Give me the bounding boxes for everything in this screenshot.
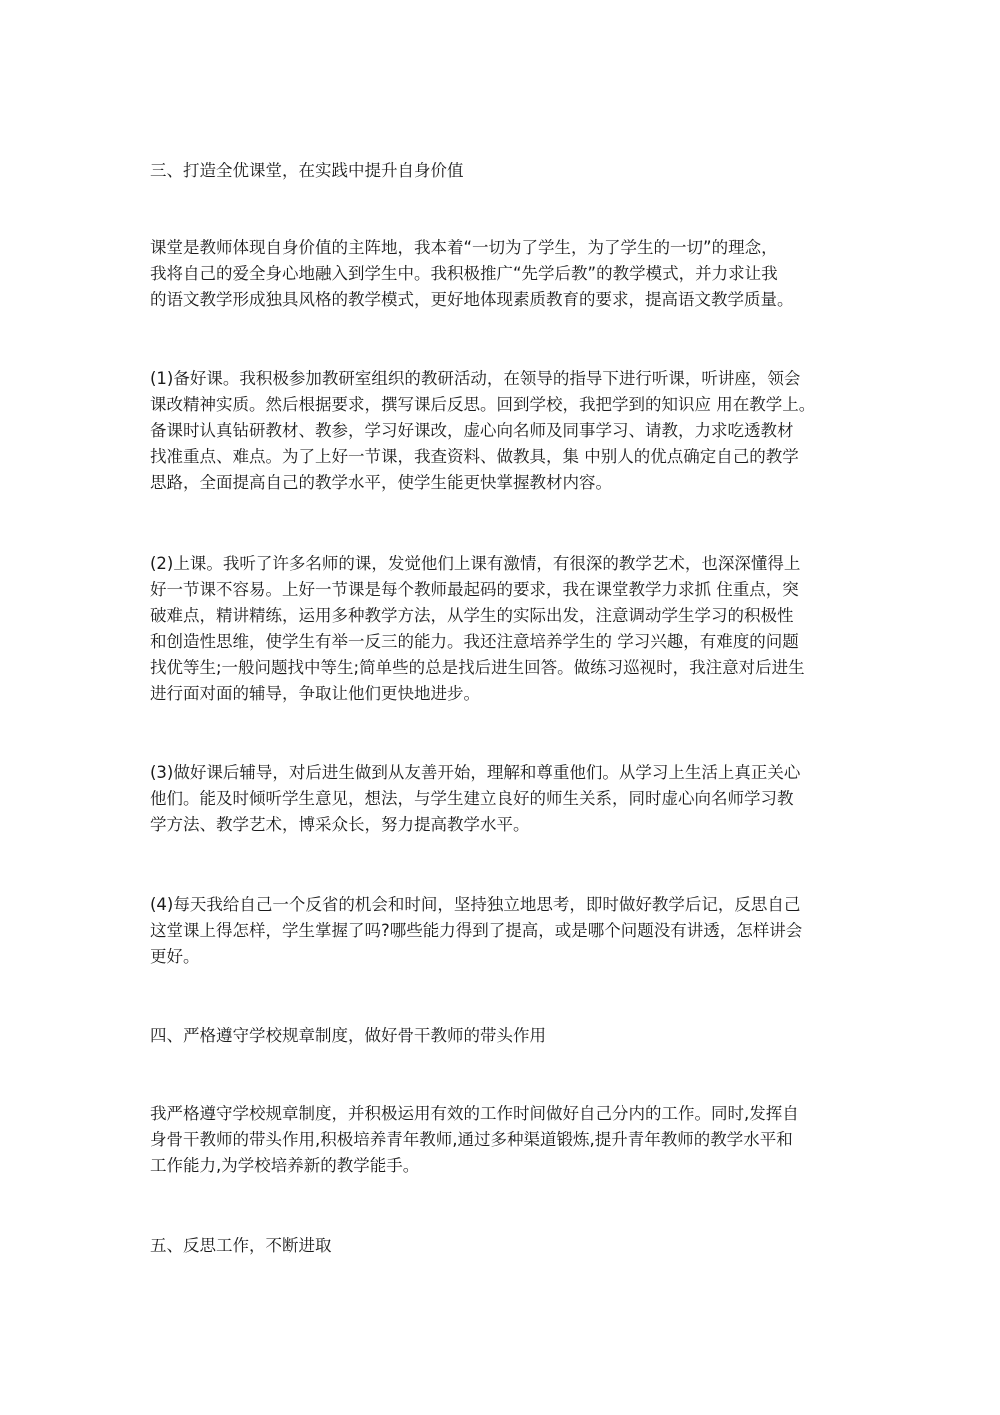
text-line: 我严格遵守学校规章制度，并积极运用有效的工作时间做好自己分内的工作。同时,发挥自 [150, 1101, 870, 1127]
text-line: 思路，全面提高自己的教学水平，使学生能更快掌握教材内容。 [150, 470, 870, 496]
paragraph: (1)备好课。我积极参加教研室组织的教研活动，在领导的指导下进行听课，听讲座，领… [150, 366, 870, 496]
text-line: 破难点，精讲精练，运用多种教学方法，从学生的实际出发，注意调动学生学习的积极性 [150, 603, 870, 629]
text-line: (4)每天我给自己一个反省的机会和时间，坚持独立地思考，即时做好教学后记，反思自… [150, 892, 870, 918]
text-line: 课改精神实质。然后根据要求，撰写课后反思。回到学校，我把学到的知识应 用在教学上… [150, 392, 870, 418]
text-line: 学方法、教学艺术，博采众长，努力提高教学水平。 [150, 812, 870, 838]
text-line: 课堂是教师体现自身价值的主阵地，我本着“一切为了学生，为了学生的一切”的理念， [150, 235, 870, 261]
text-line: 和创造性思维，使学生有举一反三的能力。我还注意培养学生的 学习兴趣，有难度的问题 [150, 629, 870, 655]
text-line: 进行面对面的辅导，争取让他们更快地进步。 [150, 681, 870, 707]
text-line: 身骨干教师的带头作用,积极培养青年教师,通过多种渠道锻炼,提升青年教师的教学水平… [150, 1127, 870, 1153]
text-line: (2)上课。我听了许多名师的课，发觉他们上课有激情，有很深的教学艺术，也深深懂得… [150, 551, 870, 577]
section-heading: 三、打造全优课堂，在实践中提升自身价值 [150, 158, 870, 184]
text-line: (3)做好课后辅导，对后进生做到从友善开始，理解和尊重他们。从学习上生活上真正关… [150, 760, 870, 786]
paragraph: 课堂是教师体现自身价值的主阵地，我本着“一切为了学生，为了学生的一切”的理念，我… [150, 235, 870, 313]
paragraph: (2)上课。我听了许多名师的课，发觉他们上课有激情，有很深的教学艺术，也深深懂得… [150, 551, 870, 707]
text-line: 更好。 [150, 944, 870, 970]
text-line: 我将自己的爱全身心地融入到学生中。我积极推广“先学后教”的教学模式，并力求让我 [150, 261, 870, 287]
text-line: (1)备好课。我积极参加教研室组织的教研活动，在领导的指导下进行听课，听讲座，领… [150, 366, 870, 392]
section-heading: 四、严格遵守学校规章制度，做好骨干教师的带头作用 [150, 1023, 870, 1049]
text-line: 的语文教学形成独具风格的教学模式，更好地体现素质教育的要求，提高语文教学质量。 [150, 287, 870, 313]
text-line: 工作能力,为学校培养新的教学能手。 [150, 1153, 870, 1179]
paragraph: 我严格遵守学校规章制度，并积极运用有效的工作时间做好自己分内的工作。同时,发挥自… [150, 1101, 870, 1179]
text-line: 四、严格遵守学校规章制度，做好骨干教师的带头作用 [150, 1023, 870, 1049]
text-line: 备课时认真钻研教材、教参，学习好课改，虚心向名师及同事学习、请教，力求吃透教材 [150, 418, 870, 444]
text-line: 这堂课上得怎样，学生掌握了吗?哪些能力得到了提高，或是哪个问题没有讲透，怎样讲会 [150, 918, 870, 944]
paragraph: (4)每天我给自己一个反省的机会和时间，坚持独立地思考，即时做好教学后记，反思自… [150, 892, 870, 970]
text-line: 好一节课不容易。上好一节课是每个教师最起码的要求，我在课堂教学力求抓 住重点，突 [150, 577, 870, 603]
paragraph: (3)做好课后辅导，对后进生做到从友善开始，理解和尊重他们。从学习上生活上真正关… [150, 760, 870, 838]
text-line: 他们。能及时倾听学生意见，想法，与学生建立良好的师生关系，同时虚心向名师学习教 [150, 786, 870, 812]
document-page: 三、打造全优课堂，在实践中提升自身价值课堂是教师体现自身价值的主阵地，我本着“一… [0, 0, 1000, 1415]
text-line: 五、反思工作，不断进取 [150, 1233, 870, 1259]
text-line: 三、打造全优课堂，在实践中提升自身价值 [150, 158, 870, 184]
section-heading: 五、反思工作，不断进取 [150, 1233, 870, 1259]
text-line: 找准重点、难点。为了上好一节课，我查资料、做教具，集 中别人的优点确定自己的教学 [150, 444, 870, 470]
text-line: 找优等生;一般问题找中等生;简单些的总是找后进生回答。做练习巡视时，我注意对后进… [150, 655, 870, 681]
